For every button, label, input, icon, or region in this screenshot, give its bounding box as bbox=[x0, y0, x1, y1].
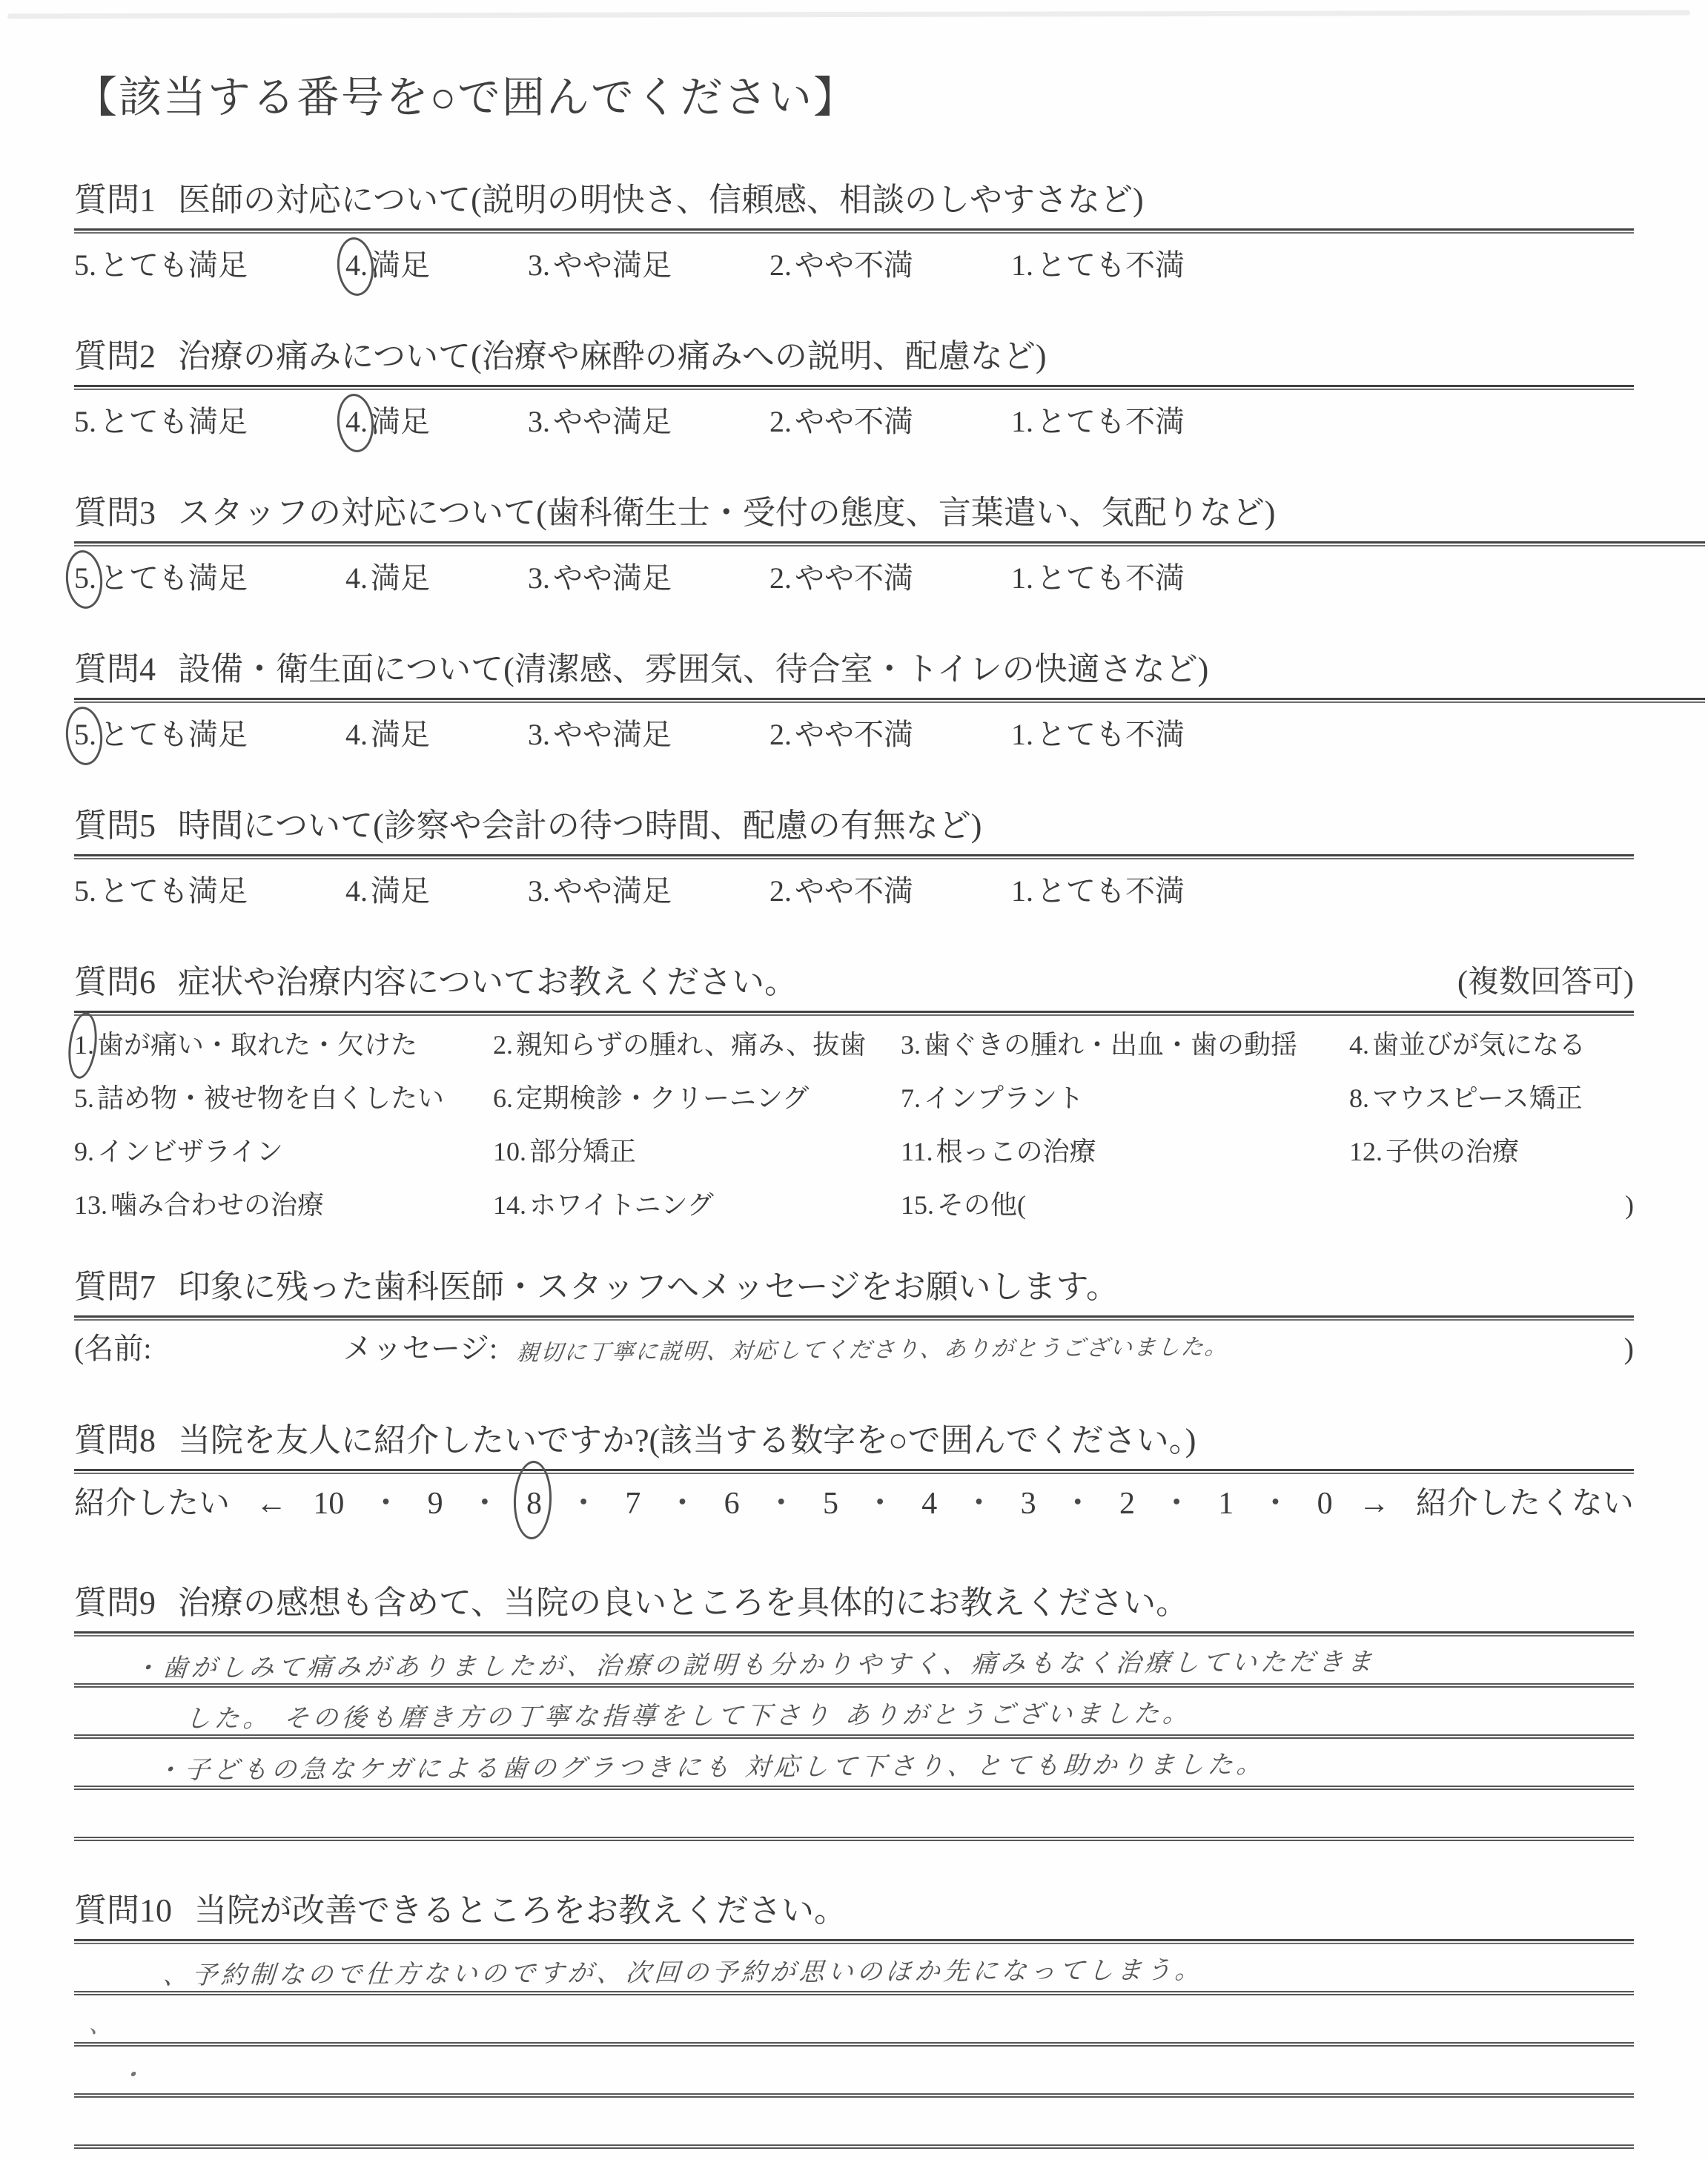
rating-option: 5.とても満足 bbox=[74, 560, 248, 597]
question-title: 治療の感想も含めて、当院の良いところを具体的にお教えください。 bbox=[178, 1582, 1188, 1624]
answer-line bbox=[74, 2098, 1634, 2149]
symptom-option: 3.歯ぐきの腫れ・出血・歯の動揺 bbox=[901, 1028, 1349, 1062]
scale-right-label: 紹介したくない bbox=[1416, 1484, 1634, 1523]
option-label: 詰め物・被せ物を白くしたい bbox=[97, 1083, 444, 1113]
question-number: 質問9 bbox=[74, 1582, 156, 1624]
option-label: やや満足 bbox=[553, 874, 672, 908]
option-number: 3. bbox=[528, 403, 550, 440]
handwritten-text: 、予約制なので仕方ないのですが、次回の予約が思いのほか先になってしまう。 bbox=[73, 1949, 1205, 1992]
dot-separator: ・ bbox=[666, 1484, 698, 1523]
question-heading: 質問5 時間について(診察や会計の待つ時間、配慮の有無など) bbox=[74, 805, 1634, 847]
answer-line: 、 bbox=[74, 1995, 1634, 2047]
option-number: 5. bbox=[74, 560, 96, 597]
close-paren: ) bbox=[1624, 1330, 1634, 1368]
option-label: 満足 bbox=[371, 248, 430, 282]
rating-option: 4.満足 bbox=[345, 716, 430, 753]
scale-number: 9 bbox=[428, 1484, 443, 1523]
option-label: やや満足 bbox=[553, 248, 672, 282]
option-number: 1. bbox=[74, 1028, 94, 1062]
question-heading: 質問10 当院が改善できるところをお教えください。 bbox=[74, 1890, 1634, 1932]
scale-number: 8 bbox=[526, 1484, 542, 1523]
divider bbox=[74, 1469, 1634, 1474]
symptom-options-grid: 1.歯が痛い・取れた・欠けた 2.親知らずの腫れ、痛み、抜歯 3.歯ぐきの腫れ・… bbox=[74, 1028, 1634, 1222]
option-number: 7. bbox=[901, 1081, 921, 1115]
option-label: インプラント bbox=[924, 1083, 1084, 1113]
question-heading: 質問7 印象に残った歯科医師・スタッフへメッセージをお願いします。 bbox=[74, 1266, 1634, 1308]
answer-line: した。 その後も磨き方の丁寧な指導をして下さり ありがとうございました。 bbox=[74, 1688, 1634, 1739]
symptom-option: 14.ホワイトニング bbox=[493, 1188, 901, 1222]
option-number: 6. bbox=[493, 1081, 513, 1115]
scale-number: 3 bbox=[1021, 1484, 1036, 1523]
dot-separator: ・ bbox=[1161, 1484, 1192, 1523]
question-title: 医師の対応について(説明の明快さ、信頼感、相談のしやすさなど) bbox=[178, 179, 1144, 221]
question-title: 設備・衛生面について(清潔感、雰囲気、待合室・トイレの快適さなど) bbox=[178, 649, 1208, 690]
rating-option: 5.とても満足 bbox=[74, 873, 248, 910]
answer-line: ・子どもの急なケガによる歯のグラつきにも 対応して下さり、とても助かりました。 bbox=[74, 1739, 1634, 1790]
scale-number: 1 bbox=[1218, 1484, 1234, 1523]
dot-separator: ・ bbox=[963, 1484, 994, 1523]
question-heading: 質問4 設備・衛生面について(清潔感、雰囲気、待合室・トイレの快適さなど) bbox=[74, 649, 1634, 690]
question-block-7: 質問7 印象に残った歯科医師・スタッフへメッセージをお願いします。 (名前: メ… bbox=[74, 1266, 1634, 1368]
rating-options-row: 5.とても満足 4.満足 3.やや満足 2.やや不満 1.とても不満 bbox=[74, 403, 1634, 440]
scale-number: 0 bbox=[1317, 1484, 1333, 1523]
option-number: 2. bbox=[769, 716, 792, 753]
right-arrow-icon: → bbox=[1359, 1484, 1390, 1523]
rating-option: 1.とても不満 bbox=[1011, 560, 1185, 597]
dot-separator: ・ bbox=[1062, 1484, 1093, 1523]
rating-option: 5.とても満足 bbox=[74, 716, 248, 753]
handwritten-text: ・歯がしみて痛みがありましたが、治療の説明も分かりやすく、痛みもなく治療していた… bbox=[73, 1641, 1377, 1684]
option-number: 2. bbox=[769, 247, 792, 284]
scale-number: 7 bbox=[625, 1484, 640, 1523]
symptom-option: 6.定期検診・クリーニング bbox=[493, 1081, 901, 1115]
option-number: 5. bbox=[74, 1081, 94, 1115]
scale-number: 6 bbox=[724, 1484, 740, 1523]
option-number: 2. bbox=[493, 1028, 513, 1062]
option-number: 3. bbox=[528, 716, 550, 753]
option-label: やや不満 bbox=[795, 405, 913, 438]
option-number: 2. bbox=[769, 403, 792, 440]
nps-scale-row: 紹介したい ← 10 ・ 9 ・ 8 ・ 7 ・ 6 ・ 5 ・ 4 ・ 3 ・… bbox=[74, 1484, 1634, 1523]
option-number: 12. bbox=[1349, 1135, 1383, 1169]
question-heading: 質問6 症状や治療内容についてお教えください。 (複数回答可) bbox=[74, 962, 1634, 1003]
option-label: 満足 bbox=[371, 874, 430, 908]
question-number: 質問3 bbox=[74, 492, 156, 534]
handwritten-text: した。 その後も磨き方の丁寧な指導をして下さり ありがとうございました。 bbox=[73, 1693, 1193, 1735]
symptom-option: 9.インビザライン bbox=[74, 1135, 493, 1169]
option-label: とても不満 bbox=[1036, 561, 1185, 595]
handwritten-text: ・子どもの急なケガによる歯のグラつきにも 対応して下さり、とても助かりました。 bbox=[73, 1744, 1266, 1786]
question-block-2: 質問2 治療の痛みについて(治療や麻酔の痛みへの説明、配慮など) 5.とても満足… bbox=[74, 336, 1634, 440]
symptom-option: 1.歯が痛い・取れた・欠けた bbox=[74, 1028, 493, 1062]
question-block-8: 質問8 当院を友人に紹介したいですか?(該当する数字を○で囲んでください。) 紹… bbox=[74, 1420, 1634, 1523]
question-title: 時間について(診察や会計の待つ時間、配慮の有無など) bbox=[178, 805, 982, 847]
divider bbox=[74, 228, 1634, 234]
symptom-option: 10.部分矯正 bbox=[493, 1135, 901, 1169]
question-number: 質問4 bbox=[74, 649, 156, 690]
divider bbox=[74, 1631, 1634, 1636]
option-number: 9. bbox=[74, 1135, 94, 1169]
answer-line bbox=[74, 1790, 1634, 1841]
option-number: 1. bbox=[1011, 247, 1033, 284]
rating-option: 2.やや不満 bbox=[769, 247, 913, 284]
option-label: とても不満 bbox=[1036, 874, 1185, 908]
symptom-option: 2.親知らずの腫れ、痛み、抜歯 bbox=[493, 1028, 901, 1062]
rating-option: 5.とても満足 bbox=[74, 403, 248, 440]
message-field-label: メッセージ: bbox=[342, 1330, 497, 1368]
option-label: 部分矯正 bbox=[529, 1137, 636, 1166]
option-number: 1. bbox=[1011, 560, 1033, 597]
handwritten-mark: ・ bbox=[73, 2055, 148, 2092]
rating-option: 3.やや満足 bbox=[528, 403, 672, 440]
option-number: 2. bbox=[769, 873, 792, 910]
option-number: 4. bbox=[345, 560, 368, 597]
option-label: インビザライン bbox=[97, 1137, 283, 1166]
question-number: 質問10 bbox=[74, 1890, 172, 1932]
divider bbox=[74, 1939, 1634, 1944]
option-number: 4. bbox=[345, 403, 368, 440]
option-label: マウスピース矯正 bbox=[1372, 1083, 1583, 1113]
symptom-option: 8.マウスピース矯正 bbox=[1349, 1081, 1634, 1115]
option-label: 満足 bbox=[371, 718, 430, 751]
dot-separator: ・ bbox=[370, 1484, 401, 1523]
option-label: 歯が痛い・取れた・欠けた bbox=[97, 1030, 417, 1060]
option-label: 歯ぐきの腫れ・出血・歯の動揺 bbox=[924, 1030, 1297, 1060]
form-title: 【該当する番号を○で囲んでください】 bbox=[74, 68, 1634, 128]
option-label: とても不満 bbox=[1036, 248, 1185, 282]
option-label: やや不満 bbox=[795, 718, 913, 751]
symptom-option: 7.インプラント bbox=[901, 1081, 1349, 1115]
rating-options-row: 5.とても満足 4.満足 3.やや満足 2.やや不満 1.とても不満 bbox=[74, 716, 1634, 753]
rating-options-row: 5.とても満足 4.満足 3.やや満足 2.やや不満 1.とても不満 bbox=[74, 247, 1634, 284]
rating-option: 1.とても不満 bbox=[1011, 403, 1185, 440]
handwritten-mark: 、 bbox=[73, 2004, 119, 2040]
option-number: 5. bbox=[74, 247, 96, 284]
scale-number: 4 bbox=[921, 1484, 937, 1523]
rating-option: 1.とても不満 bbox=[1011, 873, 1185, 910]
option-label: とても満足 bbox=[99, 405, 248, 438]
question-block-6: 質問6 症状や治療内容についてお教えください。 (複数回答可) 1.歯が痛い・取… bbox=[74, 962, 1634, 1222]
divider bbox=[74, 1315, 1634, 1321]
rating-option: 2.やや不満 bbox=[769, 873, 913, 910]
question-number: 質問7 bbox=[74, 1266, 156, 1308]
rating-option: 4.満足 bbox=[345, 560, 430, 597]
symptom-option: 5.詰め物・被せ物を白くしたい bbox=[74, 1081, 493, 1115]
rating-option: 4.満足 bbox=[345, 247, 430, 284]
option-number: 3. bbox=[528, 247, 550, 284]
option-number: 3. bbox=[528, 560, 550, 597]
option-number: 1. bbox=[1011, 873, 1033, 910]
scale-number: 10 bbox=[313, 1484, 344, 1523]
rating-option: 3.やや満足 bbox=[528, 716, 672, 753]
scale-number: 5 bbox=[823, 1484, 838, 1523]
option-number: 3. bbox=[528, 873, 550, 910]
question-number: 質問5 bbox=[74, 805, 156, 847]
question-heading: 質問9 治療の感想も含めて、当院の良いところを具体的にお教えください。 bbox=[74, 1582, 1634, 1624]
name-field-label: (名前: bbox=[74, 1330, 151, 1368]
question-number: 質問1 bbox=[74, 179, 156, 221]
option-label: やや満足 bbox=[553, 405, 672, 438]
option-label: 満足 bbox=[371, 561, 430, 595]
symptom-option: 11.根っこの治療 bbox=[901, 1135, 1349, 1169]
option-label: 歯並びが気になる bbox=[1372, 1030, 1586, 1060]
option-label: とても満足 bbox=[99, 248, 248, 282]
dot-separator: ・ bbox=[469, 1484, 500, 1523]
option-label: 満足 bbox=[371, 405, 430, 438]
option-label: やや不満 bbox=[795, 561, 913, 595]
rating-options-row: 5.とても満足 4.満足 3.やや満足 2.やや不満 1.とても不満 bbox=[74, 560, 1634, 597]
divider bbox=[74, 1011, 1634, 1016]
scale-number: 2 bbox=[1119, 1484, 1135, 1523]
question-number: 質問2 bbox=[74, 336, 156, 377]
rating-option: 3.やや満足 bbox=[528, 873, 672, 910]
answer-line: ・歯がしみて痛みがありましたが、治療の説明も分かりやすく、痛みもなく治療していた… bbox=[74, 1636, 1634, 1688]
rating-option: 2.やや不満 bbox=[769, 403, 913, 440]
option-number: 13. bbox=[74, 1188, 107, 1222]
question-number: 質問6 bbox=[74, 962, 156, 1003]
answer-line: 、予約制なので仕方ないのですが、次回の予約が思いのほか先になってしまう。 bbox=[74, 1944, 1634, 1995]
option-number: 10. bbox=[493, 1135, 526, 1169]
rating-option: 1.とても不満 bbox=[1011, 247, 1185, 284]
question-block-4: 質問4 設備・衛生面について(清潔感、雰囲気、待合室・トイレの快適さなど) 5.… bbox=[74, 649, 1634, 753]
question-title: 症状や治療内容についてお教えください。 bbox=[178, 962, 797, 1003]
divider bbox=[74, 854, 1634, 859]
symptom-option: 12.子供の治療 bbox=[1349, 1135, 1634, 1169]
option-label: とても不満 bbox=[1036, 718, 1185, 751]
option-number: 4. bbox=[345, 873, 368, 910]
option-label: やや不満 bbox=[795, 874, 913, 908]
question-title: 治療の痛みについて(治療や麻酔の痛みへの説明、配慮など) bbox=[178, 336, 1047, 377]
option-number: 2. bbox=[769, 560, 792, 597]
option-number: 5. bbox=[74, 716, 96, 753]
rating-option: 3.やや満足 bbox=[528, 560, 672, 597]
question-heading: 質問2 治療の痛みについて(治療や麻酔の痛みへの説明、配慮など) bbox=[74, 336, 1634, 377]
close-paren: ) bbox=[1625, 1188, 1634, 1222]
rating-option: 2.やや不満 bbox=[769, 716, 913, 753]
question-heading: 質問8 当院を友人に紹介したいですか?(該当する数字を○で囲んでください。) bbox=[74, 1420, 1634, 1462]
option-number: 4. bbox=[345, 247, 368, 284]
rating-option: 4.満足 bbox=[345, 873, 430, 910]
option-number: 8. bbox=[1349, 1081, 1369, 1115]
question-block-10: 質問10 当院が改善できるところをお教えください。 、予約制なので仕方ないのです… bbox=[74, 1890, 1634, 2149]
dot-separator: ・ bbox=[1260, 1484, 1291, 1523]
option-label: とても不満 bbox=[1036, 405, 1185, 438]
option-label: 定期検診・クリーニング bbox=[516, 1083, 809, 1113]
scan-artifact-line bbox=[7, 10, 1690, 19]
question-block-9: 質問9 治療の感想も含めて、当院の良いところを具体的にお教えください。 ・歯がし… bbox=[74, 1582, 1634, 1841]
option-label: とても満足 bbox=[99, 561, 248, 595]
option-number: 15. bbox=[901, 1188, 934, 1222]
multi-answer-note: (複数回答可) bbox=[1457, 962, 1634, 1003]
rating-option: 2.やや不満 bbox=[769, 560, 913, 597]
question-block-5: 質問5 時間について(診察や会計の待つ時間、配慮の有無など) 5.とても満足 4… bbox=[74, 805, 1634, 910]
option-number: 11. bbox=[901, 1135, 933, 1169]
answer-line: ・ bbox=[74, 2047, 1634, 2098]
option-number: 5. bbox=[74, 873, 96, 910]
question-title: 当院が改善できるところをお教えください。 bbox=[194, 1890, 847, 1932]
divider bbox=[74, 698, 1705, 703]
option-label: とても満足 bbox=[99, 874, 248, 908]
symptom-option-other: 15.その他() bbox=[901, 1188, 1634, 1222]
question-block-3: 質問3 スタッフの対応について(歯科衛生士・受付の態度、言葉遣い、気配りなど) … bbox=[74, 492, 1634, 597]
option-number: 3. bbox=[901, 1028, 921, 1062]
question-heading: 質問1 医師の対応について(説明の明快さ、信頼感、相談のしやすさなど) bbox=[74, 179, 1634, 221]
rating-option: 5.とても満足 bbox=[74, 247, 248, 284]
dot-separator: ・ bbox=[766, 1484, 797, 1523]
handwritten-message: 親切に丁寧に説明、対応してくださり、ありがとうございました。 bbox=[515, 1324, 1626, 1373]
option-label: やや不満 bbox=[795, 248, 913, 282]
rating-options-row: 5.とても満足 4.満足 3.やや満足 2.やや不満 1.とても不満 bbox=[74, 873, 1634, 910]
option-label: やや満足 bbox=[553, 561, 672, 595]
option-label: 親知らずの腫れ、痛み、抜歯 bbox=[516, 1030, 866, 1060]
question-heading: 質問3 スタッフの対応について(歯科衛生士・受付の態度、言葉遣い、気配りなど) bbox=[74, 492, 1634, 534]
symptom-option: 13.噛み合わせの治療 bbox=[74, 1188, 493, 1222]
option-number: 5. bbox=[74, 403, 96, 440]
option-label: 子供の治療 bbox=[1386, 1137, 1519, 1166]
option-label: ホワイトニング bbox=[529, 1190, 714, 1220]
option-number: 1. bbox=[1011, 716, 1033, 753]
survey-scan-page: 【該当する番号を○で囲んでください】 質問1 医師の対応について(説明の明快さ、… bbox=[0, 0, 1708, 2160]
option-label: やや満足 bbox=[553, 718, 672, 751]
question-title: スタッフの対応について(歯科衛生士・受付の態度、言葉遣い、気配りなど) bbox=[178, 492, 1275, 534]
option-number: 14. bbox=[493, 1188, 526, 1222]
rating-option: 1.とても不満 bbox=[1011, 716, 1185, 753]
dot-separator: ・ bbox=[568, 1484, 599, 1523]
option-label: 根っこの治療 bbox=[936, 1137, 1096, 1166]
question-number: 質問8 bbox=[74, 1420, 156, 1462]
option-label: とても満足 bbox=[99, 718, 248, 751]
question-title: 当院を友人に紹介したいですか?(該当する数字を○で囲んでください。) bbox=[178, 1420, 1196, 1462]
option-number: 4. bbox=[1349, 1028, 1369, 1062]
divider bbox=[74, 385, 1634, 390]
rating-option: 3.やや満足 bbox=[528, 247, 672, 284]
option-number: 4. bbox=[345, 716, 368, 753]
option-label: その他( bbox=[937, 1190, 1026, 1220]
question-block-1: 質問1 医師の対応について(説明の明快さ、信頼感、相談のしやすさなど) 5.とて… bbox=[74, 179, 1634, 284]
dot-separator: ・ bbox=[864, 1484, 896, 1523]
message-answer-row: (名前: メッセージ: 親切に丁寧に説明、対応してくださり、ありがとうございまし… bbox=[74, 1330, 1634, 1368]
option-label: 噛み合わせの治療 bbox=[110, 1190, 324, 1220]
rating-option: 4.満足 bbox=[345, 403, 430, 440]
question-title: 印象に残った歯科医師・スタッフへメッセージをお願いします。 bbox=[178, 1266, 1119, 1308]
symptom-option: 4.歯並びが気になる bbox=[1349, 1028, 1634, 1062]
left-arrow-icon: ← bbox=[256, 1484, 287, 1523]
scale-left-label: 紹介したい bbox=[74, 1484, 230, 1523]
divider bbox=[74, 541, 1705, 546]
option-number: 1. bbox=[1011, 403, 1033, 440]
